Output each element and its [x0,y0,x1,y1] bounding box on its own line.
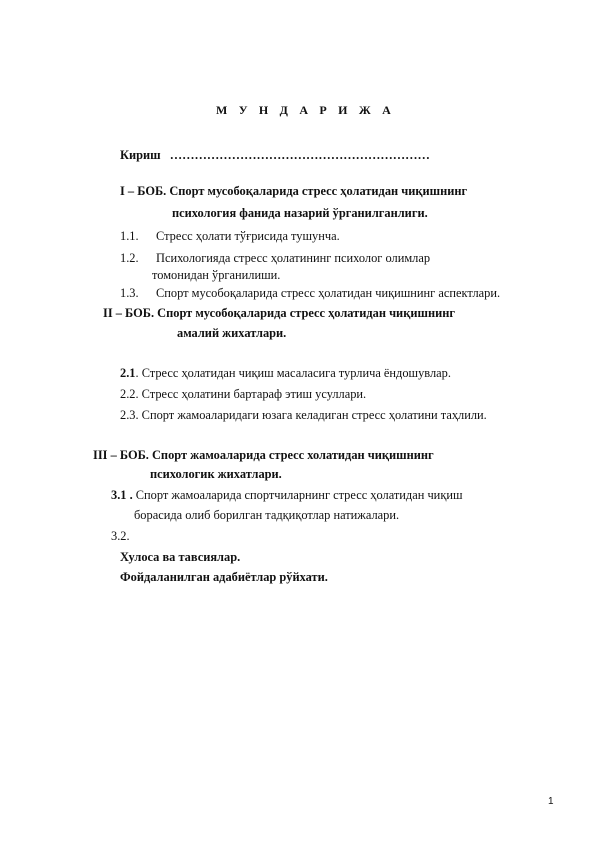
page-title: М У Н Д А Р И Ж А [216,103,395,117]
toc-item-2-3: 2.3. Спорт жамоаларидаги юзага келадиган… [120,408,487,422]
toc-item-1-2-num: 1.2. [120,251,139,265]
toc-item-3-1: 3.1 . Спорт жамоаларида спортчиларнинг с… [111,488,463,502]
chapter3-heading: III – БОБ. Спорт жамоаларида стресс хола… [93,448,434,462]
chapter3-heading-cont: психологик жихатлари. [150,467,282,481]
toc-item-1-3-num: 1.3. [120,286,139,300]
toc-references: Фойдаланилган адабиётлар рўйхати. [120,570,328,584]
chapter1-heading-cont: психология фанида назарий ўрганилганлиги… [172,206,428,220]
toc-item-2-1-text: . Стресс ҳолатидан чиқиш масаласига турл… [136,366,451,380]
toc-item-3-2-num: 3.2. [111,529,130,543]
toc-intro: Кириш ……………………………………………………… [120,148,430,162]
toc-item-1-2-cont: томонидан ўрганилиши. [152,268,280,282]
toc-item-2-2: 2.2. Стресс ҳолатини бартараф этиш усулл… [120,387,366,401]
toc-intro-leader: ……………………………………………………… [170,148,430,162]
toc-conclusion: Хулоса ва тавсиялар. [120,550,240,564]
chapter2-heading: II – БОБ. Спорт мусобоқаларида стресс ҳо… [103,306,455,320]
toc-item-1-1: Стресс ҳолати тўғрисида тушунча. [156,229,340,243]
toc-item-2-1-num: 2.1 [120,366,136,380]
toc-intro-label: Кириш [120,148,161,162]
toc-item-3-1-cont: борасида олиб борилган тадқиқотлар натиж… [134,508,399,522]
chapter1-heading: I – БОБ. Спорт мусобоқаларида стресс ҳол… [120,184,467,198]
toc-item-3-1-num: 3.1 . [111,488,133,502]
toc-item-1-1-num: 1.1. [120,229,139,243]
toc-item-2-1: 2.1. Стресс ҳолатидан чиқиш масаласига т… [120,366,451,380]
toc-item-1-3: Спорт мусобоқаларида стресс ҳолатидан чи… [156,286,500,300]
chapter2-heading-cont: амалий жихатлари. [177,326,286,340]
toc-item-3-1-text: Спорт жамоаларида спортчиларнинг стресс … [133,488,463,502]
toc-item-1-2: Психологияда стресс ҳолатининг психолог … [156,251,430,265]
page-number: 1 [548,795,554,809]
